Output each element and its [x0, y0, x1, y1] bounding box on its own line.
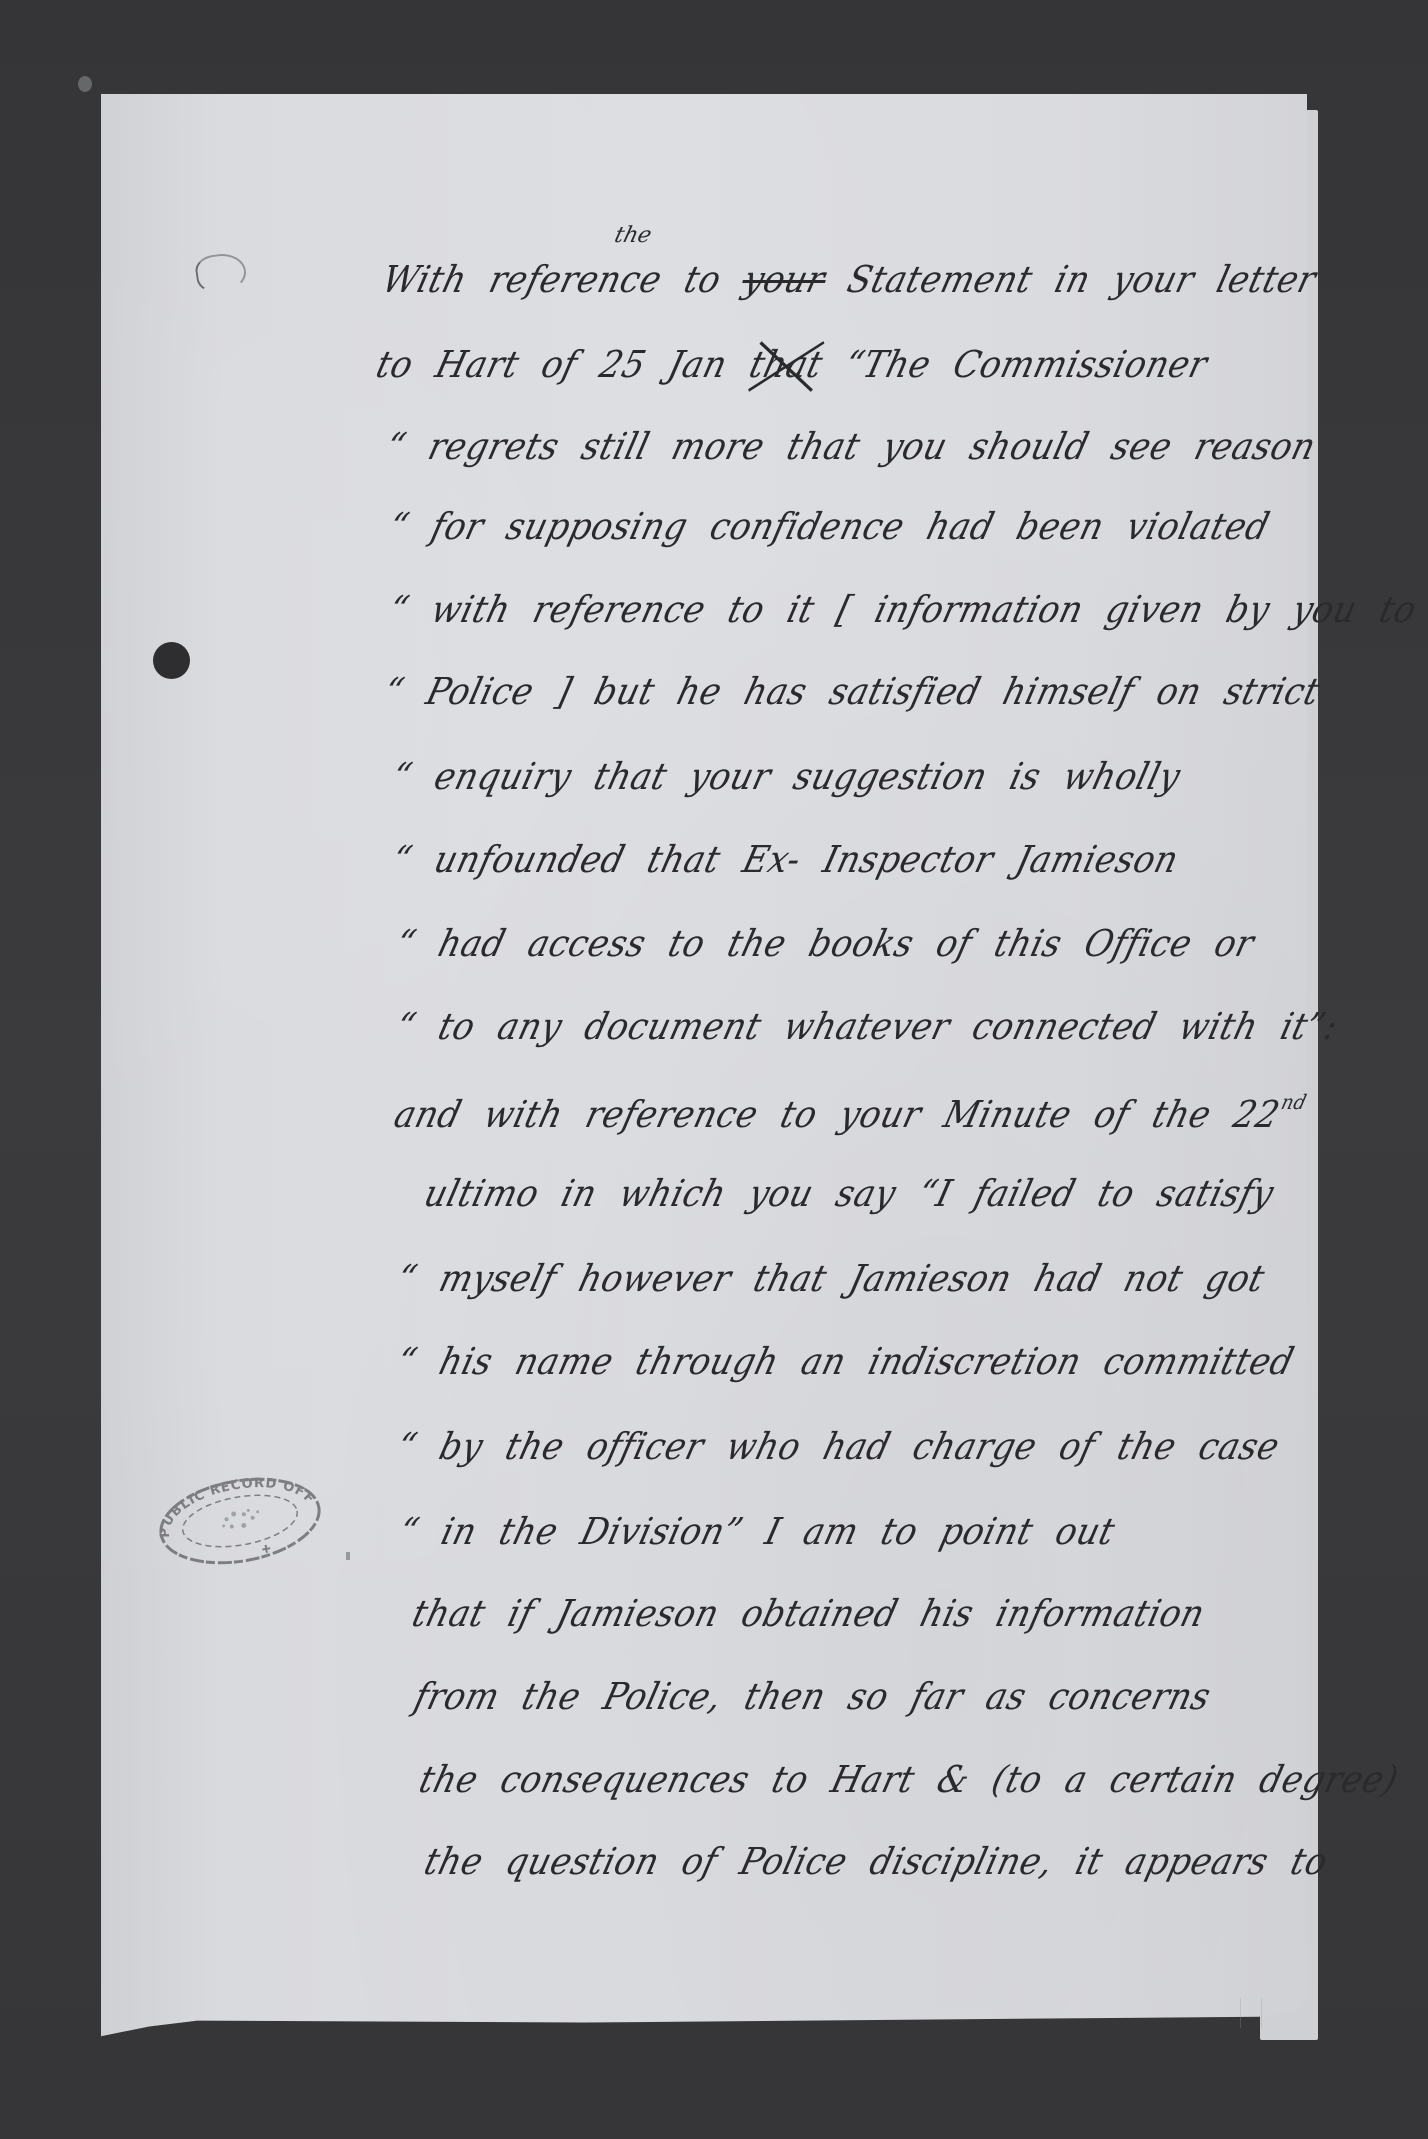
manuscript-line-4: “ for supposing confidence had been viol… [385, 505, 1274, 548]
manuscript-line-1: With reference to your Statement in your… [378, 258, 1321, 301]
manuscript-line-3: “ regrets still more that you should see… [382, 425, 1320, 468]
manuscript-line-13: “ myself however that Jamieson had not g… [393, 1257, 1269, 1300]
manuscript-line-16: “ in the Division” I am to point out [395, 1510, 1119, 1553]
manuscript-line-15: “ by the officer who had charge of the c… [393, 1425, 1284, 1468]
line-text: Statement in your letter [819, 258, 1321, 301]
manuscript-line-6: “ Police ] but he has satisfied himself … [380, 670, 1324, 713]
manuscript-line-14: “ his name through an indiscretion commi… [393, 1340, 1298, 1383]
line-text: With reference to [378, 258, 750, 301]
manuscript-line-10: “ to any document whatever connected wit… [392, 1005, 1342, 1048]
interlinear-insertion: the [612, 223, 654, 248]
manuscript-line-7: “ enquiry that your suggestion is wholly [388, 755, 1185, 798]
manuscript-line-5: “ with reference to it [ information giv… [385, 588, 1421, 631]
manuscript-line-18: from the Police, then so far as concerns [410, 1675, 1215, 1718]
crossed-out-word: that [745, 343, 827, 386]
line-text: and with reference to your Minute of the… [390, 1093, 1284, 1136]
line-text: to Hart of 25 Jan [372, 343, 756, 386]
manuscript-line-17: that if Jamieson obtained his informatio… [408, 1592, 1209, 1635]
ordinal-suffix: nd [1279, 1090, 1310, 1114]
manuscript-line-11: and with reference to your Minute of the… [390, 1090, 1309, 1136]
manuscript-line-2: to Hart of 25 Jan that “The Commissioner [372, 343, 1212, 386]
handwritten-text: the With reference to your Statement in … [0, 0, 1428, 2139]
line-text: “The Commissioner [817, 343, 1212, 386]
manuscript-line-19: the consequences to Hart & (to a certain… [415, 1758, 1403, 1801]
manuscript-line-20: the question of Police discipline, it ap… [420, 1840, 1332, 1883]
manuscript-line-8: “ unfounded that Ex- Inspector Jamieson [388, 838, 1183, 881]
manuscript-line-12: ultimo in which you say “I failed to sat… [420, 1172, 1278, 1215]
struck-word: your [739, 258, 829, 301]
manuscript-line-9: “ had access to the books of this Office… [392, 922, 1259, 965]
